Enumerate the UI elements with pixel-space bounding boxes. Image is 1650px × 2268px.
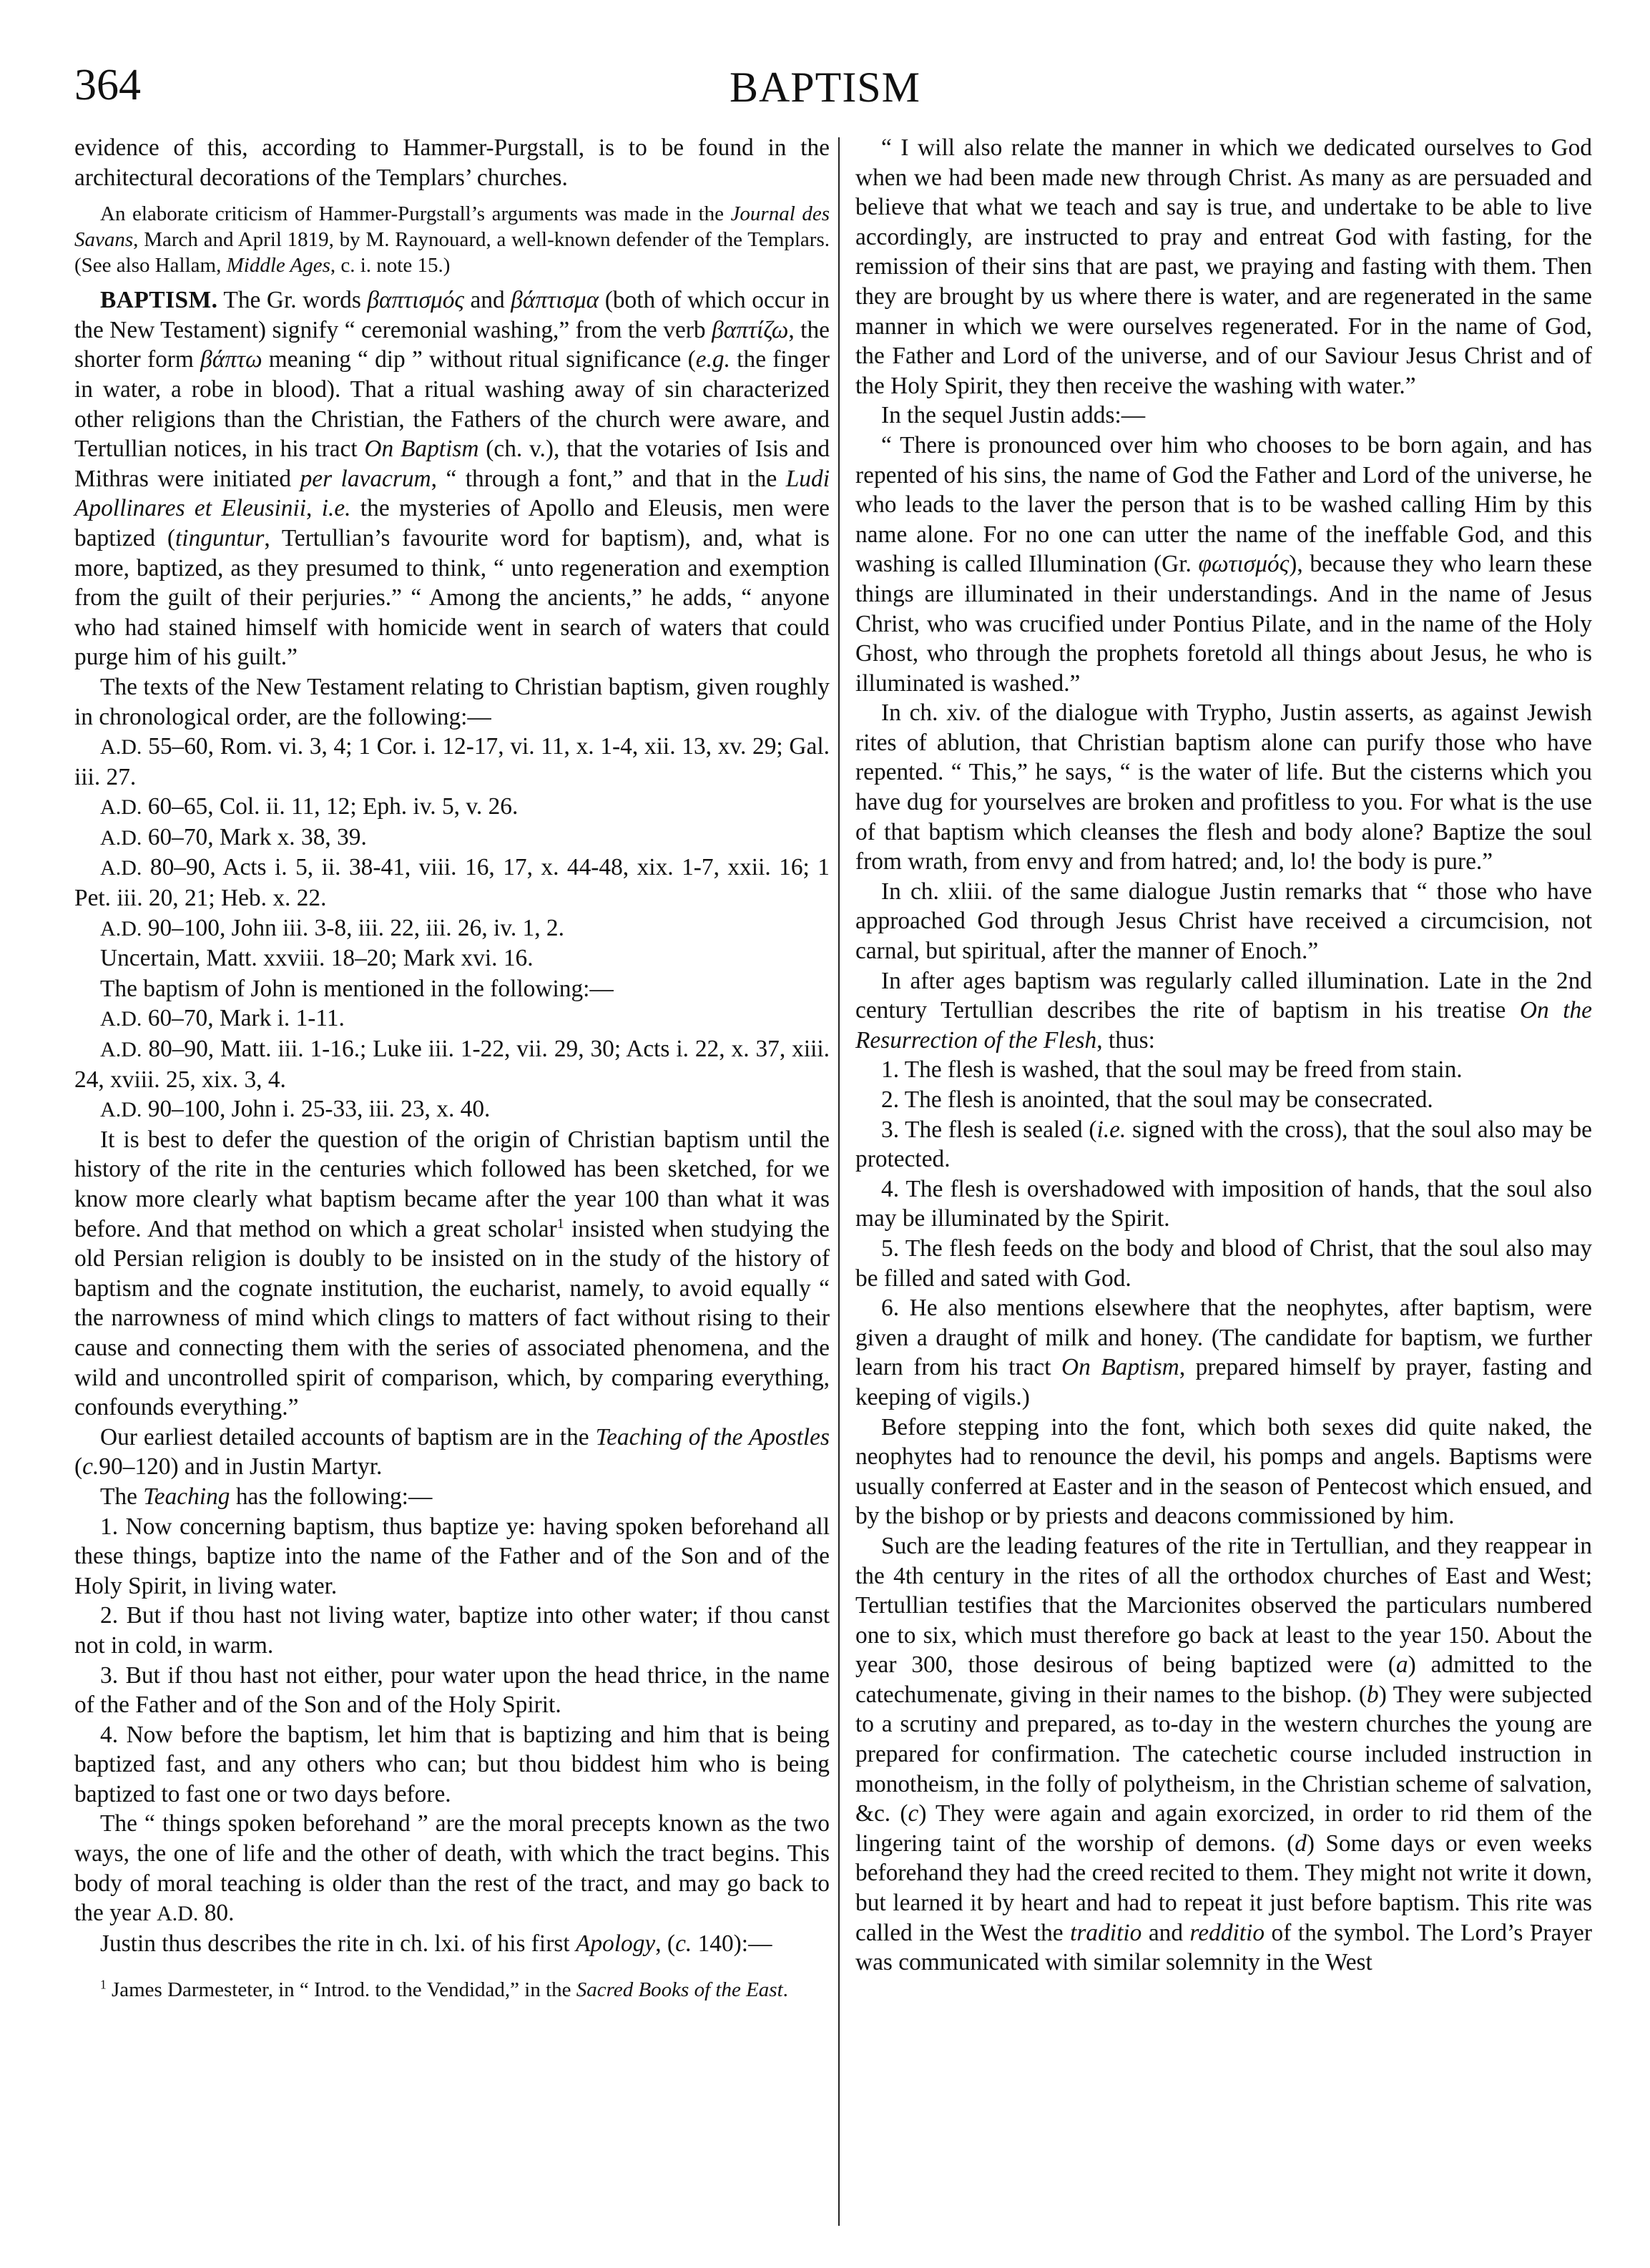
citation-item: A.D. 90–100, John i. 25-33, iii. 23, x. … [74, 1094, 830, 1125]
paragraph: Justin thus describes the rite in ch. lx… [74, 1929, 830, 1959]
book-title: Teaching of the Apostles [596, 1424, 830, 1450]
article-headword: BAPTISM. [100, 287, 217, 313]
citation-item: A.D. 60–65, Col. ii. 11, 12; Eph. iv. 5,… [74, 792, 830, 823]
book-title: Teaching [143, 1483, 230, 1510]
footnote-marker[interactable]: 1 [557, 1216, 564, 1232]
paragraph: Before stepping into the font, which bot… [855, 1413, 1592, 1531]
quotation-paragraph: “ There is pronounced over him who choos… [855, 431, 1592, 698]
greek-word: βάπτω [200, 346, 262, 373]
citation-item: Uncertain, Matt. xxviii. 18–20; Mark xvi… [74, 943, 830, 974]
greek-word: βαπτίζω [712, 317, 788, 343]
book-title: On Baptism [364, 436, 478, 462]
teaching-item: 2. But if thou hast not living water, ba… [74, 1601, 830, 1660]
citation-item: A.D. 80–90, Acts i. 5, ii. 38-41, viii. … [74, 853, 830, 913]
paragraph: In after ages baptism was regularly call… [855, 966, 1592, 1056]
paragraph: In the sequel Justin adds:— [855, 401, 1592, 431]
tertullian-item: 4. The flesh is overshadowed with imposi… [855, 1174, 1592, 1234]
tertullian-item: 5. The flesh feeds on the body and blood… [855, 1234, 1592, 1293]
teaching-item: 1. Now concerning baptism, thus baptize … [74, 1512, 830, 1601]
book-title: Apology [576, 1930, 655, 1957]
book-title: Middle Ages [227, 254, 330, 277]
left-column: evidence of this, according to Hammer-Pu… [74, 133, 830, 2239]
quotation-paragraph: “ I will also relate the manner in which… [855, 133, 1592, 401]
paragraph: The texts of the New Testament relating … [74, 672, 830, 732]
greek-word: βάπτισμα [511, 287, 599, 313]
paragraph: The “ things spoken beforehand ” are the… [74, 1809, 830, 1928]
citation-item: A.D. 90–100, John iii. 3-8, iii. 22, iii… [74, 913, 830, 944]
tertullian-item: 2. The flesh is anointed, that the soul … [855, 1085, 1592, 1115]
citation-item: A.D. 80–90, Matt. iii. 1-16.; Luke iii. … [74, 1034, 830, 1094]
paragraph: Our earliest detailed accounts of baptis… [74, 1423, 830, 1482]
greek-word: βαπτισμός [367, 287, 464, 313]
footnote-marker: 1 [100, 1978, 107, 1992]
teaching-item: 4. Now before the baptism, let him that … [74, 1720, 830, 1810]
book-title: Sacred Books of the East [576, 1978, 783, 2001]
article-intro: BAPTISM. The Gr. words βαπτισμός and βάπ… [74, 285, 830, 672]
citation-item: A.D. 55–60, Rom. vi. 3, 4; 1 Cor. i. 12-… [74, 732, 830, 792]
paragraph: The baptism of John is mentioned in the … [74, 974, 830, 1004]
column-rule [838, 137, 840, 2226]
paragraph: It is best to defer the question of the … [74, 1125, 830, 1423]
greek-word: φωτισμός [1199, 551, 1290, 577]
citation-item: A.D. 60–70, Mark i. 1-11. [74, 1003, 830, 1034]
citation-item: A.D. 60–70, Mark x. 38, 39. [74, 823, 830, 853]
paragraph: The Teaching has the following:— [74, 1482, 830, 1512]
footnote: 1 James Darmesteter, in “ Introd. to the… [74, 1977, 830, 2003]
right-column: “ I will also relate the manner in which… [855, 133, 1592, 2239]
tertullian-item: 1. The flesh is washed, that the soul ma… [855, 1055, 1592, 1085]
paragraph-templars-criticism: An elaborate criticism of Hammer-Purgsta… [74, 201, 830, 278]
paragraph: In ch. xiv. of the dialogue with Trypho,… [855, 698, 1592, 877]
tertullian-item: 3. The flesh is sealed (i.e. signed with… [855, 1115, 1592, 1174]
paragraph: evidence of this, according to Hammer-Pu… [74, 133, 830, 192]
book-title: On Baptism [1061, 1354, 1179, 1380]
teaching-item: 3. But if thou hast not either, pour wat… [74, 1661, 830, 1720]
paragraph: In ch. xliii. of the same dialogue Justi… [855, 877, 1592, 966]
tertullian-item: 6. He also mentions elsewhere that the n… [855, 1293, 1592, 1412]
paragraph: Such are the leading features of the rit… [855, 1531, 1592, 1978]
running-head: BAPTISM [0, 66, 1650, 109]
